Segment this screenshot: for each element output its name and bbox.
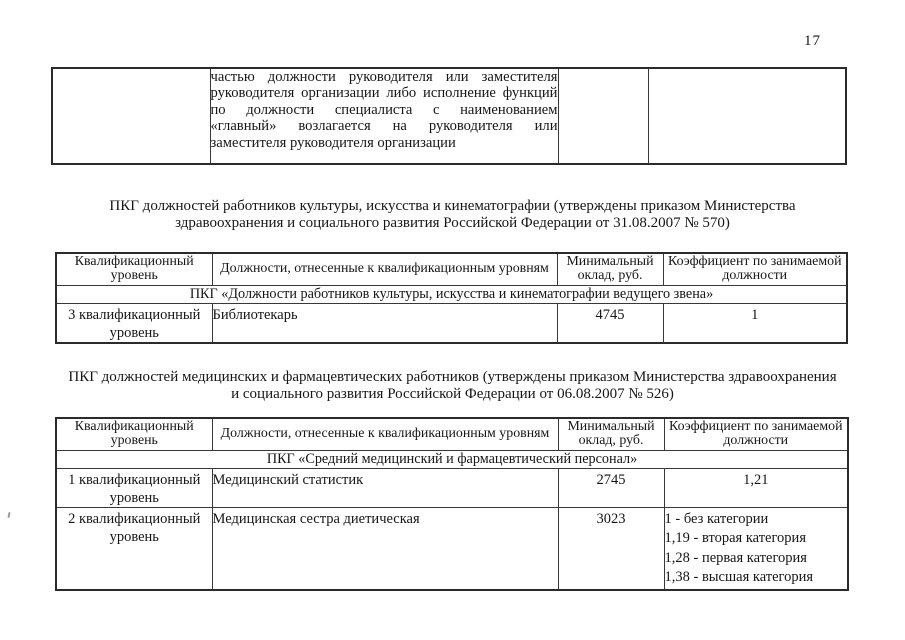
continuation-table: частью должности руководителя или замест… — [51, 67, 847, 165]
cell-level: 3 квалификационный уровень — [56, 303, 212, 343]
header-qualification-level: Квалификационный уровень — [56, 418, 212, 450]
empty-level-cell — [52, 68, 210, 164]
header-positions: Должности, отнесенные к квалификационным… — [212, 253, 557, 285]
table-row: 3 квалификационный уровень Библиотекарь … — [56, 303, 847, 343]
page-number: 17 — [804, 33, 821, 50]
continuation-text-cell: частью должности руководителя или замест… — [210, 68, 558, 164]
section1-heading-line1: ПКГ должностей работников культуры, иску… — [0, 198, 905, 215]
coefficient-line: 1,19 - вторая категория — [665, 529, 848, 549]
cell-position: Медицинский статистик — [212, 468, 558, 507]
empty-salary-cell — [558, 68, 648, 164]
table-header-row: Квалификационный уровень Должности, отне… — [56, 253, 847, 285]
header-min-salary: Минимальный оклад, руб. — [557, 253, 663, 285]
section2-heading-line2: и социального развития Российской Федера… — [0, 386, 905, 403]
group-row-label: ПКГ «Средний медицинский и фармацевтичес… — [56, 450, 848, 468]
header-coefficient: Коэффициент по занимаемой должности — [663, 253, 847, 285]
table-row: частью должности руководителя или замест… — [52, 68, 846, 164]
medical-pkg-table: Квалификационный уровень Должности, отне… — [55, 417, 849, 591]
document-page: 17 частью должности руководителя или зам… — [0, 0, 905, 640]
coefficient-line: 1 - без категории — [665, 510, 848, 530]
scan-artifact-mark — [7, 512, 10, 518]
cell-coefficient-list: 1 - без категории 1,19 - вторая категори… — [664, 507, 848, 590]
group-row-label: ПКГ «Должности работников культуры, иску… — [56, 285, 847, 303]
cell-salary: 2745 — [558, 468, 664, 507]
header-positions: Должности, отнесенные к квалификационным… — [212, 418, 558, 450]
cell-coefficient: 1,21 — [664, 468, 848, 507]
group-row: ПКГ «Должности работников культуры, иску… — [56, 285, 847, 303]
group-row: ПКГ «Средний медицинский и фармацевтичес… — [56, 450, 848, 468]
header-qualification-level: Квалификационный уровень — [56, 253, 212, 285]
coefficient-line: 1,38 - высшая категория — [665, 568, 848, 588]
cell-level: 1 квалификационный уровень — [56, 468, 212, 507]
cell-level: 2 квалификационный уровень — [56, 507, 212, 590]
cell-salary: 3023 — [558, 507, 664, 590]
culture-pkg-table: Квалификационный уровень Должности, отне… — [55, 252, 848, 344]
table-row: 2 квалификационный уровень Медицинская с… — [56, 507, 848, 590]
section1-heading: ПКГ должностей работников культуры, иску… — [0, 198, 905, 231]
section1-heading-line2: здравоохранения и социального развития Р… — [0, 215, 905, 232]
cell-position: Медицинская сестра диетическая — [212, 507, 558, 590]
cell-coefficient: 1 — [663, 303, 847, 343]
coefficient-line: 1,28 - первая категория — [665, 549, 848, 569]
empty-coefficient-cell — [648, 68, 846, 164]
table-header-row: Квалификационный уровень Должности, отне… — [56, 418, 848, 450]
table-row: 1 квалификационный уровень Медицинский с… — [56, 468, 848, 507]
section2-heading: ПКГ должностей медицинских и фармацевтич… — [0, 369, 905, 402]
section2-heading-line1: ПКГ должностей медицинских и фармацевтич… — [0, 369, 905, 386]
header-min-salary: Минимальный оклад, руб. — [558, 418, 664, 450]
cell-position: Библиотекарь — [212, 303, 557, 343]
header-coefficient: Коэффициент по занимаемой должности — [664, 418, 848, 450]
cell-salary: 4745 — [557, 303, 663, 343]
